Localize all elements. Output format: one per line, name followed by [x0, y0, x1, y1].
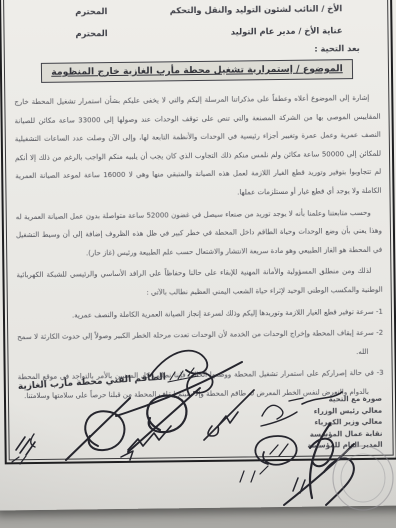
- salutation: بعد التحية :: [14, 42, 360, 58]
- demand-item-2: 2- سرعة إيقاف المحطة وإخراج الوحدات من ا…: [17, 324, 383, 366]
- attention-row: عناية الأخ / مدير عام التوليد المحترم: [13, 24, 379, 40]
- letter-content: الأخ / النائب لشئون التوليد والنقل والتح…: [13, 2, 384, 409]
- body-paragraph-3: لذلك ومن منطلق المسؤولية والأمانة المهني…: [16, 262, 382, 304]
- body-paragraph-1: إشارة إلى الموضوع أعلاه وعطفاً على مذكرا…: [14, 89, 381, 205]
- cc-item-3: نقابة عمال المؤسسة: [307, 428, 382, 440]
- cc-block: صورة مع التحية معالي رئيس الوزراء معالي …: [307, 394, 383, 452]
- cc-title: صورة مع التحية: [307, 394, 382, 406]
- cc-item-4: المدير العام للمؤسسة: [307, 440, 382, 452]
- letter-body: إشارة إلى الموضوع أعلاه وعطفاً على مذكرا…: [14, 89, 384, 406]
- cc-item-1: معالي رئيس الوزراء: [307, 405, 382, 417]
- photo-background: الأخ / النائب لشئون التوليد والنقل والتح…: [0, 0, 396, 528]
- letter-paper: الأخ / النائب لشئون التوليد والنقل والتح…: [0, 0, 396, 510]
- recipient-honorific: المحترم: [75, 5, 107, 17]
- demand-item-1: 1- سرعة توفير قطع الغيار اللازمة وتوريده…: [17, 302, 383, 325]
- attention-line: عناية الأخ / مدير عام التوليد: [231, 24, 343, 37]
- recipient-line: الأخ / النائب لشئون التوليد والنقل والتح…: [170, 2, 343, 16]
- attention-honorific: المحترم: [75, 27, 107, 39]
- cc-item-2: معالي وزير الكهرباء: [307, 417, 382, 429]
- subject-box: الموضوع / إستمرارية تشغيل محطة مأرب الغا…: [41, 59, 353, 83]
- body-paragraph-2: وحسب متابعتنا وعلمنا بأنه لا يوجد توريد …: [16, 203, 383, 263]
